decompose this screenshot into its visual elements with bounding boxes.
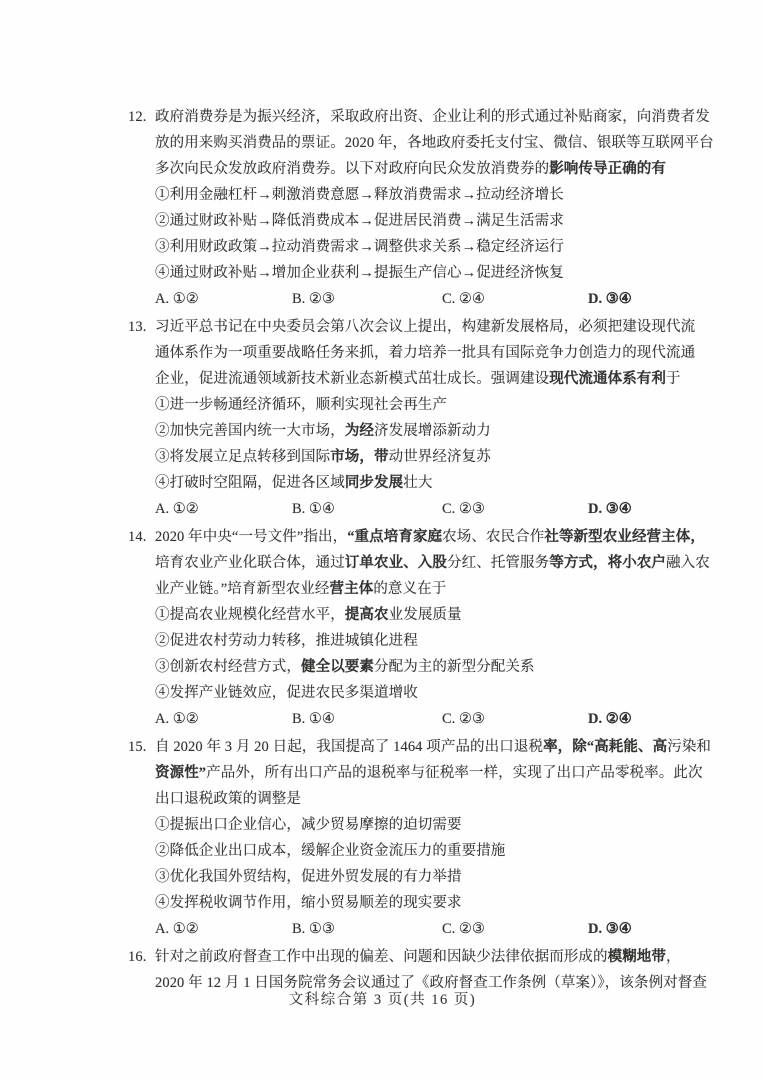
options-row: A. ①②B. ②③C. ②④D. ③④ <box>128 286 713 312</box>
stem-line: 企业，促进流通领域新技术新业态新模式茁壮成长。强调建设现代流通体系有利于 <box>128 366 713 392</box>
bold-text: 同步发展 <box>345 475 403 491</box>
text: ②降低企业出口成本，缓解企业资金流压力的重要措施 <box>155 843 505 859</box>
text: 企业，促进流通领域新技术新业态新模式茁壮成长。强调建设 <box>155 371 549 387</box>
option-d: D. ③④ <box>588 496 713 522</box>
option-c: C. ②③ <box>442 496 588 522</box>
option-a: A. ①② <box>155 706 292 732</box>
text: ③创新农村经营方式， <box>155 659 301 675</box>
stem-line: 多次向民众发放政府消费券。以下对政府向民众发放消费券的影响传导正确的有 <box>128 156 713 182</box>
stem-line: 16.针对之前政府督查工作中出现的偏差、问题和因缺少法律依据而形成的模糊地带， <box>128 944 713 970</box>
statement-line: ②促进农村劳动力转移，推进城镇化进程 <box>128 628 713 654</box>
options-row: A. ①②B. ①③C. ②③D. ③④ <box>128 916 713 942</box>
stem-line: 13.习近平总书记在中央委员会第八次会议上提出，构建新发展格局，必须把建设现代流 <box>128 314 713 340</box>
option-c: C. ②④ <box>442 286 588 312</box>
option-b: B. ①③ <box>292 916 442 942</box>
text: 2020 年中央“一号文件”指出， <box>155 529 347 545</box>
bold-text: 市场，带 <box>330 449 388 465</box>
statement-line: ②降低企业出口成本，缓解企业资金流压力的重要措施 <box>128 838 713 864</box>
option-b: B. ①④ <box>292 706 442 732</box>
bold-text: 营主体 <box>330 581 374 597</box>
options-row: A. ①②B. ①④C. ②③D. ②④ <box>128 706 713 732</box>
exam-page: 12.政府消费券是为振兴经济，采取政府出资、企业让利的形式通过补贴商家，向消费者… <box>0 0 765 1080</box>
stem-line: 15.自 2020 年 3 月 20 日起，我国提高了 1464 项产品的出口退… <box>128 734 713 760</box>
statement-line: ①进一步畅通经济循环，顺利实现社会再生产 <box>128 392 713 418</box>
option-d: D. ②④ <box>588 706 713 732</box>
statement-line: ④发挥产业链效应，促进农民多渠道增收 <box>128 680 713 706</box>
questions: 12.政府消费券是为振兴经济，采取政府出资、企业让利的形式通过补贴商家，向消费者… <box>128 104 713 998</box>
statement-line: ③利用财政政策→拉动消费需求→调整供求关系→稳定经济运行 <box>128 234 713 260</box>
bold-text: 为经 <box>345 423 374 439</box>
bold-text: 订单农业、入股 <box>345 555 447 571</box>
statement-line: ④通过财政补贴→增加企业获利→提振生产信心→促进经济恢复 <box>128 260 713 286</box>
text: 融入农 <box>666 555 710 571</box>
text: 针对之前政府督查工作中出现的偏差、问题和因缺少法律依据而形成的 <box>155 949 608 965</box>
question-number: 15. <box>128 734 155 760</box>
text: ④打破时空阻隔，促进各区域 <box>155 475 345 491</box>
text: 自 2020 年 3 月 20 日起，我国提高了 1464 项产品的出口退税 <box>155 739 543 755</box>
statement-line: ③将发展立足点转移到国际市场，带动世界经济复苏 <box>128 444 713 470</box>
text: ①提高农业规模化经营水平， <box>155 607 345 623</box>
stem-line: 培育农业产业化联合体，通过订单农业、入股分红、托管服务等方式，将小农户融入农 <box>128 550 713 576</box>
text: 习近平总书记在中央委员会第八次会议上提出，构建新发展格局，必须把建设现代流 <box>155 319 695 335</box>
text: ②促进农村劳动力转移，推进城镇化进程 <box>155 633 418 649</box>
question-12: 12.政府消费券是为振兴经济，采取政府出资、企业让利的形式通过补贴商家，向消费者… <box>128 104 713 312</box>
text: 培育农业产业化联合体，通过 <box>155 555 345 571</box>
stem-line: 14.2020 年中央“一号文件”指出，“重点培育家庭农场、农民合作社等新型农业… <box>128 524 713 550</box>
text: ③利用财政政策→拉动消费需求→调整供求关系→稳定经济运行 <box>155 239 564 255</box>
option-a: A. ①② <box>155 496 292 522</box>
page-footer: 文科综合第 3 页(共 16 页) <box>0 988 765 1009</box>
option-c: C. ②③ <box>442 706 588 732</box>
option-d: D. ③④ <box>588 286 713 312</box>
text: ①进一步畅通经济循环，顺利实现社会再生产 <box>155 397 447 413</box>
stem-line: 业产业链。”培育新型农业经营主体的意义在于 <box>128 576 713 602</box>
statement-line: ①利用金融杠杆→刺激消费意愿→释放消费需求→拉动经济增长 <box>128 182 713 208</box>
text: ③优化我国外贸结构，促进外贸发展的有力举措 <box>155 869 462 885</box>
options-row: A. ①②B. ①④C. ②③D. ③④ <box>128 496 713 522</box>
text: 于 <box>666 371 681 387</box>
text: 分红、托管服务 <box>447 555 549 571</box>
text: ④发挥税收调节作用，缩小贸易顺差的现实要求 <box>155 895 462 911</box>
text: 污染和 <box>667 739 711 755</box>
stem-line: 通体系作为一项重要战略任务来抓，着力培养一批具有国际竞争力创造力的现代流通 <box>128 340 713 366</box>
text: 分配为主的新型分配关系 <box>374 659 535 675</box>
statement-line: ②加快完善国内统一大市场，为经济发展增添新动力 <box>128 418 713 444</box>
text: ①提振出口企业信心，减少贸易摩擦的迫切需要 <box>155 817 462 833</box>
option-c: C. ②③ <box>442 916 588 942</box>
option-b: B. ①④ <box>292 496 442 522</box>
bold-text: 社等新型农业经营主体， <box>544 529 705 545</box>
text: 业发展质量 <box>389 607 462 623</box>
bold-text: 资源性” <box>155 765 206 781</box>
bold-text: 模糊地带 <box>608 949 666 965</box>
text: ③将发展立足点转移到国际 <box>155 449 330 465</box>
bold-text: 提高农 <box>345 607 389 623</box>
stem-line: 放的用来购买消费品的票证。2020 年，各地政府委托支付宝、微信、银联等互联网平… <box>128 130 713 156</box>
statement-line: ①提高农业规模化经营水平，提高农业发展质量 <box>128 602 713 628</box>
question-number: 12. <box>128 104 155 130</box>
text: 农场、农民合作 <box>442 529 544 545</box>
option-a: A. ①② <box>155 916 292 942</box>
text: ， <box>666 949 681 965</box>
stem-line: 资源性”产品外，所有出口产品的退税率与征税率一样，实现了出口产品零税率。此次 <box>128 760 713 786</box>
text: 产品外，所有出口产品的退税率与征税率一样，实现了出口产品零税率。此次 <box>206 765 702 781</box>
text: 政府消费券是为振兴经济，采取政府出资、企业让利的形式通过补贴商家，向消费者发 <box>155 109 710 125</box>
statement-line: ③创新农村经营方式，健全以要素分配为主的新型分配关系 <box>128 654 713 680</box>
stem-line: 出口退税政策的调整是 <box>128 786 713 812</box>
text: 壮大 <box>403 475 432 491</box>
question-number: 14. <box>128 524 155 550</box>
text: 业产业链。”培育新型农业经 <box>155 581 330 597</box>
bold-text: “重点培育家庭 <box>347 529 442 545</box>
text: ②通过财政补贴→降低消费成本→促进居民消费→满足生活需求 <box>155 213 564 229</box>
statement-line: ③优化我国外贸结构，促进外贸发展的有力举措 <box>128 864 713 890</box>
stem-line: 12.政府消费券是为振兴经济，采取政府出资、企业让利的形式通过补贴商家，向消费者… <box>128 104 713 130</box>
question-number: 13. <box>128 314 155 340</box>
statement-line: ④打破时空阻隔，促进各区域同步发展壮大 <box>128 470 713 496</box>
bold-text: 影响传导正确的有 <box>549 161 666 177</box>
bold-text: 现代流通体系有利 <box>549 371 666 387</box>
option-d: D. ③④ <box>588 916 713 942</box>
text: ④通过财政补贴→增加企业获利→提振生产信心→促进经济恢复 <box>155 265 564 281</box>
statement-line: ④发挥税收调节作用，缩小贸易顺差的现实要求 <box>128 890 713 916</box>
text: 多次向民众发放政府消费券。以下对政府向民众发放消费券的 <box>155 161 549 177</box>
text: 放的用来购买消费品的票证。2020 年，各地政府委托支付宝、微信、银联等互联网平… <box>155 135 714 151</box>
text: ②加快完善国内统一大市场， <box>155 423 345 439</box>
text: ④发挥产业链效应，促进农民多渠道增收 <box>155 685 418 701</box>
bold-text: 等方式，将小农户 <box>549 555 666 571</box>
text: 动世界经济复苏 <box>389 449 491 465</box>
question-14: 14.2020 年中央“一号文件”指出，“重点培育家庭农场、农民合作社等新型农业… <box>128 524 713 732</box>
question-13: 13.习近平总书记在中央委员会第八次会议上提出，构建新发展格局，必须把建设现代流… <box>128 314 713 522</box>
question-number: 16. <box>128 944 155 970</box>
question-15: 15.自 2020 年 3 月 20 日起，我国提高了 1464 项产品的出口退… <box>128 734 713 942</box>
text: ①利用金融杠杆→刺激消费意愿→释放消费需求→拉动经济增长 <box>155 187 564 203</box>
option-b: B. ②③ <box>292 286 442 312</box>
text: 出口退税政策的调整是 <box>155 791 301 807</box>
statement-line: ①提振出口企业信心，减少贸易摩擦的迫切需要 <box>128 812 713 838</box>
text: 济发展增添新动力 <box>374 423 491 439</box>
text: 通体系作为一项重要战略任务来抓，着力培养一批具有国际竞争力创造力的现代流通 <box>155 345 695 361</box>
bold-text: 率，除“高耗能、高 <box>543 739 667 755</box>
text: 的意义在于 <box>373 581 446 597</box>
bold-text: 健全以要素 <box>301 659 374 675</box>
option-a: A. ①② <box>155 286 292 312</box>
statement-line: ②通过财政补贴→降低消费成本→促进居民消费→满足生活需求 <box>128 208 713 234</box>
